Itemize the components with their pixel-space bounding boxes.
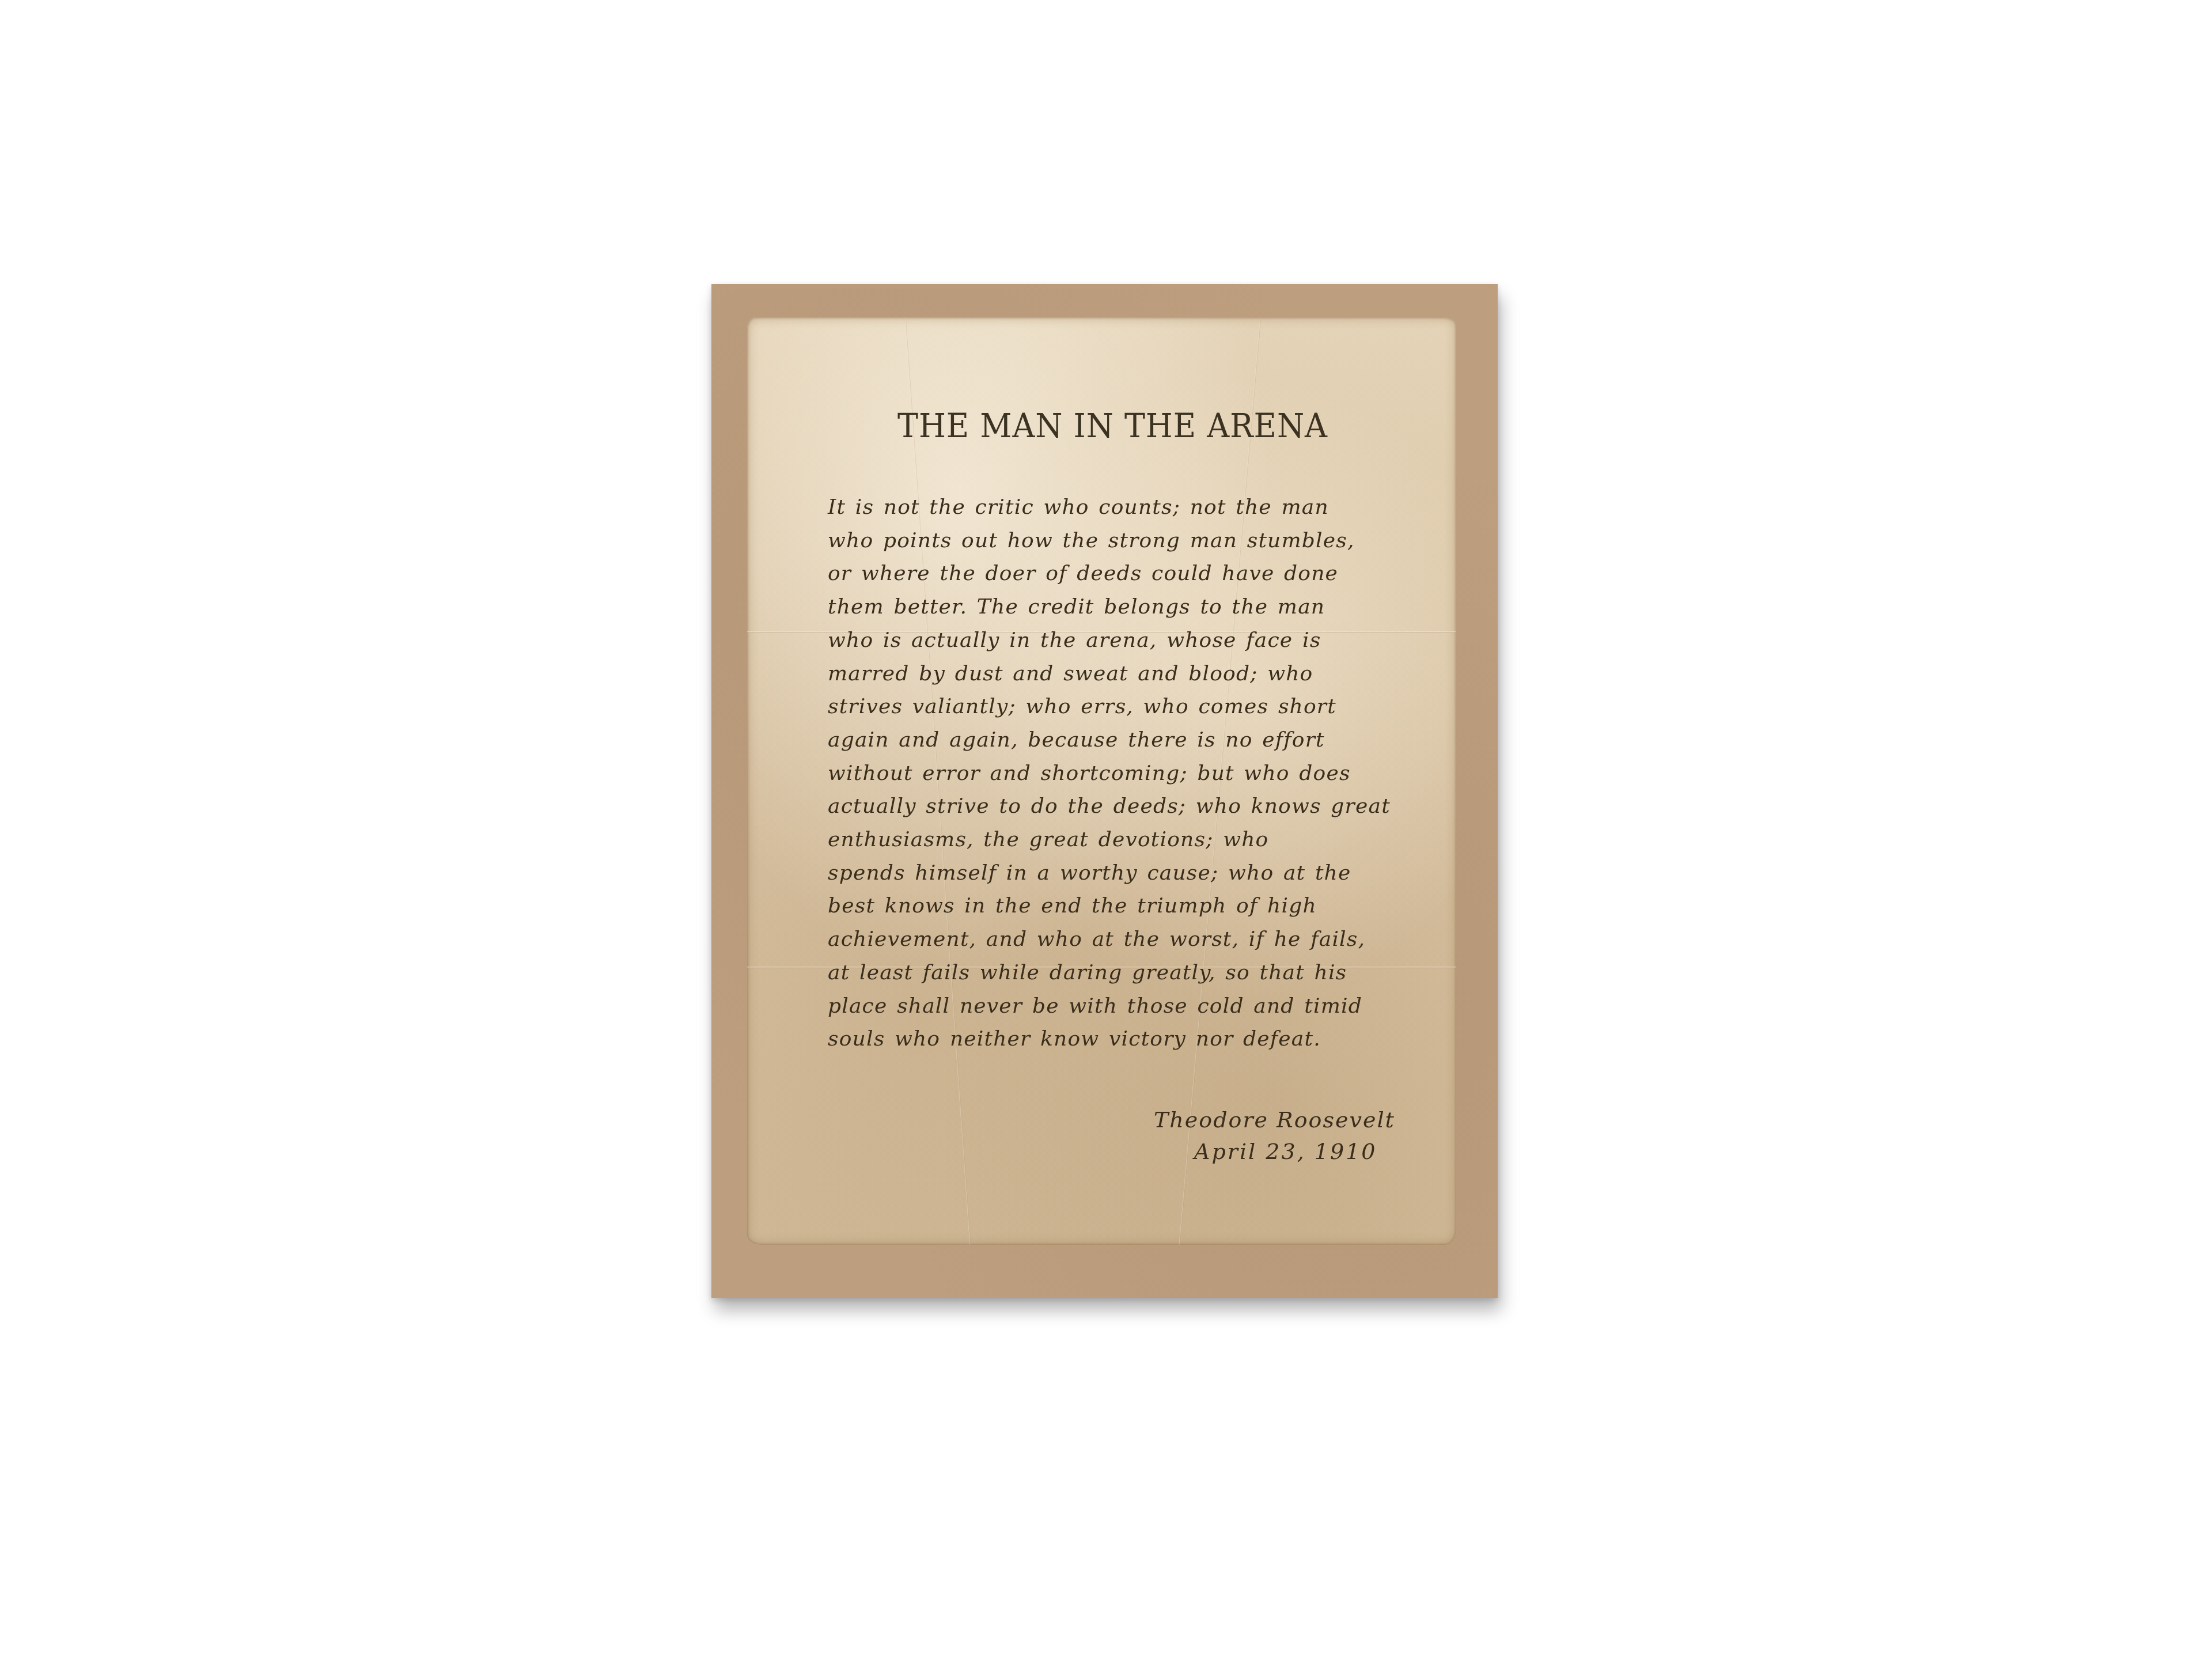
quote-line: or where the doer of deeds could have do… — [828, 557, 1404, 590]
quote-line: spends himself in a worthy cause; who at… — [828, 857, 1404, 890]
quote-line: marred by dust and sweat and blood; who — [828, 657, 1404, 691]
quote-line: place shall never be with those cold and… — [828, 990, 1404, 1023]
quote-line: actually strive to do the deeds; who kno… — [828, 790, 1404, 823]
quote-line: achievement, and who at the worst, if he… — [828, 923, 1404, 956]
author-signature: Theodore Roosevelt — [1154, 1107, 1395, 1132]
document-title: THE MAN IN THE ARENA — [739, 406, 1470, 445]
quote-line: best knows in the end the triumph of hig… — [828, 889, 1404, 923]
title-text: THE MAN IN THE ARENA — [897, 406, 1328, 445]
quote-line: without error and shortcoming; but who d… — [828, 757, 1404, 790]
quote-line: souls who neither know victory nor defea… — [828, 1022, 1404, 1056]
quote-line: again and again, because there is no eff… — [828, 724, 1404, 757]
quote-line: It is not the critic who counts; not the… — [828, 491, 1404, 524]
quote-line: them better. The credit belongs to the m… — [828, 590, 1404, 624]
quote-line: strives valiantly; who errs, who comes s… — [828, 690, 1404, 724]
quote-line: who points out how the strong man stumbl… — [828, 524, 1404, 558]
quote-body: It is not the critic who counts; not the… — [828, 491, 1404, 1056]
quote-line: who is actually in the arena, whose face… — [828, 624, 1404, 657]
signature-date: April 23, 1910 — [1194, 1139, 1377, 1164]
quote-line: enthusiasms, the great devotions; who — [828, 823, 1404, 857]
quote-line: at least fails while daring greatly, so … — [828, 956, 1404, 990]
